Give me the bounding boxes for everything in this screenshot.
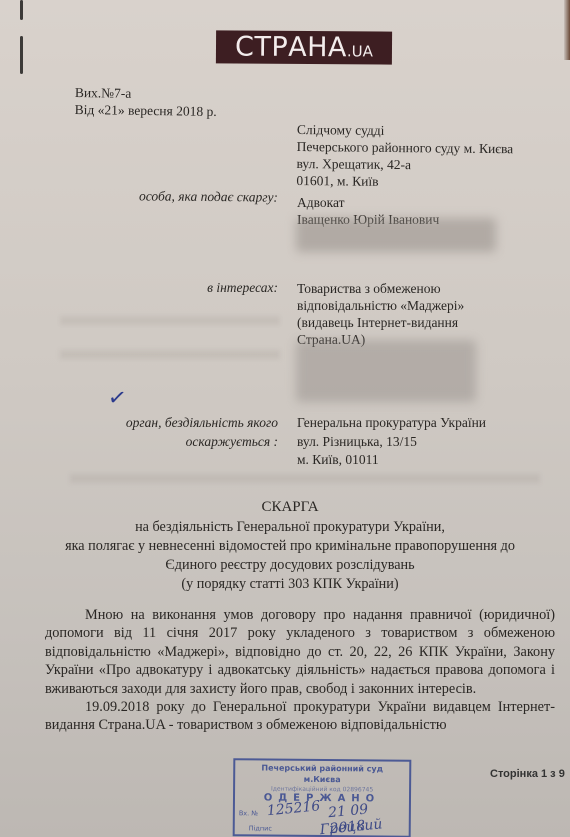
stamp-signature-label: Підпис	[249, 824, 272, 832]
logo-tld: .UA	[347, 35, 373, 68]
recipient-address: Слідчому судді Печерського районного суд…	[296, 121, 513, 191]
respondent-label-line: оскаржується :	[126, 432, 278, 451]
subtitle-line: яка полягає у невнесенні відомостей про …	[40, 537, 540, 556]
outgoing-date: Від «21» вересня 2018 р.	[75, 101, 217, 120]
recipient-line: 01601, м. Київ	[296, 172, 513, 191]
stamp-court: Печерський районний суд	[235, 763, 409, 774]
respondent-label-line: орган, бездіяльність якого	[126, 413, 278, 432]
respondent-line: вул. Різницька, 13/15	[297, 433, 486, 452]
court-received-stamp: Печерський районний суд м.Києва Ідентифі…	[233, 758, 412, 837]
page-number: Сторінка 1 з 9	[490, 768, 565, 780]
subtitle-line: Єдиного реєстру досудових розслідувань	[40, 556, 540, 575]
handwritten-check-icon: ✓	[106, 385, 128, 412]
redacted-company-contacts	[296, 340, 476, 402]
interest-party: Товариства з обмеженою відповідальністю …	[297, 280, 464, 348]
bleed-through-text	[60, 350, 280, 359]
subtitle-line: на бездіяльність Генеральної прокуратури…	[40, 518, 540, 537]
stamp-incoming-label: Вх. №	[239, 809, 258, 817]
staple-mark	[20, 0, 23, 20]
respondent-line: Генеральна прокуратура України	[297, 414, 486, 433]
respondent-label: орган, бездіяльність якого оскаржується …	[126, 413, 278, 451]
interest-line: Товариства з обмеженою	[297, 280, 464, 297]
filer-title: Адвокат	[297, 194, 439, 211]
bleed-through-text	[60, 316, 280, 325]
outgoing-number: Вих.№7-а	[75, 84, 217, 103]
strana-ua-logo: СТРАНА.UA	[216, 30, 392, 64]
filer-label: особа, яка подає скаргу:	[139, 187, 278, 205]
body-paragraph: 19.09.2018 року до Генеральної прокурату…	[45, 698, 555, 735]
page-edge-shadow	[564, 0, 570, 60]
stamp-city: м.Києва	[235, 774, 409, 785]
interest-line: (видавець Інтернет-видання	[297, 314, 464, 331]
bleed-through-text	[70, 474, 540, 483]
respondent-info: Генеральна прокуратура України вул. Різн…	[297, 414, 486, 470]
logo-wordmark: СТРАНА	[235, 31, 347, 65]
body-paragraph: Мною на виконання умов договору про нада…	[45, 606, 555, 698]
complaint-subtitle: на бездіяльність Генеральної прокуратури…	[40, 518, 540, 575]
complaint-article: (у порядку статті 303 КПК України)	[40, 576, 540, 593]
outgoing-reference: Вих.№7-а Від «21» вересня 2018 р.	[75, 84, 218, 120]
redacted-filer-contacts	[296, 218, 496, 252]
complaint-body: Мною на виконання умов договору про нада…	[45, 606, 555, 735]
staple-mark	[20, 36, 23, 74]
interest-label: в інтересах:	[207, 279, 278, 296]
respondent-line: м. Київ, 01011	[297, 451, 486, 470]
complaint-title: СКАРГА	[40, 498, 540, 517]
interest-line: відповідальністю «Маджері»	[297, 297, 464, 314]
